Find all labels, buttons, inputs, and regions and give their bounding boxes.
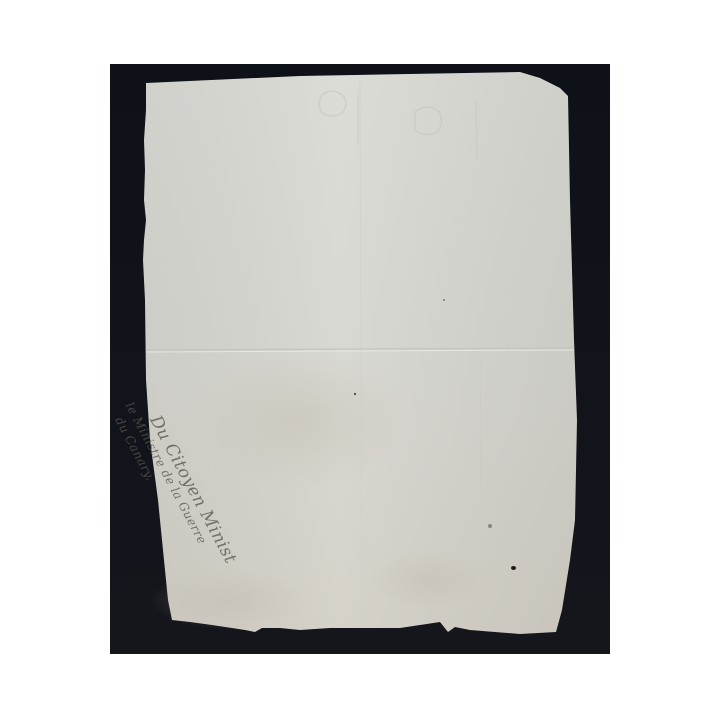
paper-sheet [0,0,720,720]
ink-speck [488,524,492,528]
paper-hole [511,566,516,570]
